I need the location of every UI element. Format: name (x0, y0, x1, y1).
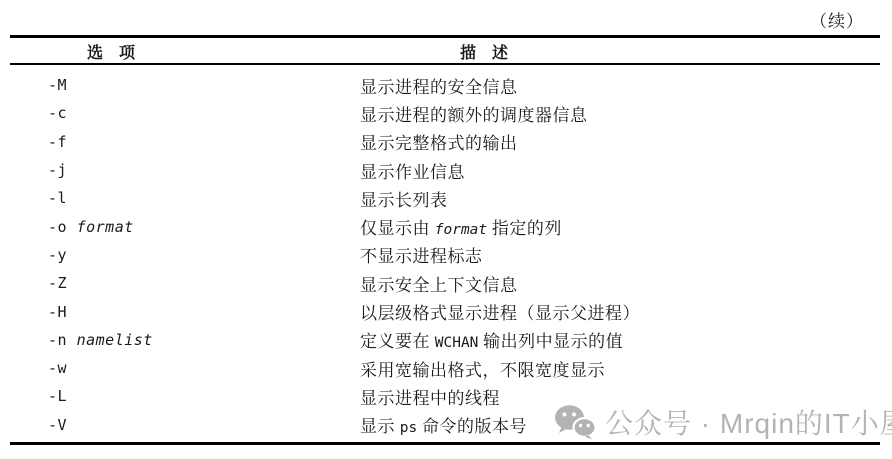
table-row: -H以层级格式显示进程（显示父进程） (10, 297, 880, 325)
description-cell: 仅显示由 format 指定的列 (360, 214, 880, 239)
table-row: -n namelist定义要在 WCHAN 输出列中显示的值 (10, 326, 880, 354)
table-row: -V显示 ps 命令的版本号 (10, 411, 880, 439)
table-row: -w采用宽输出格式，不限宽度显示 (10, 354, 880, 382)
text-segment: 采用宽输出格式，不限宽度显示 (360, 361, 605, 380)
table-row: -y不显示进程标志 (10, 241, 880, 269)
text-segment: 输出列中显示的值 (478, 332, 623, 351)
text-segment-code: WCHAN (435, 335, 479, 351)
table-body: -M显示进程的安全信息-c显示进程的额外的调度器信息-f显示完整格式的输出-j显… (10, 65, 880, 442)
option-cell: -y (10, 246, 360, 264)
description-cell: 显示 ps 命令的版本号 (360, 412, 880, 437)
option-cell: -V (10, 416, 360, 434)
text-segment: 指定的列 (487, 219, 562, 238)
continued-label: （续） (810, 7, 864, 32)
option-cell: -L (10, 387, 360, 405)
text-segment: -V (48, 416, 67, 434)
text-segment: 显示安全上下文信息 (360, 276, 518, 295)
column-header-option: 选 项 (87, 40, 135, 63)
ps-options-table: 选 项 描 述 -M显示进程的安全信息-c显示进程的额外的调度器信息-f显示完整… (10, 35, 880, 445)
text-segment: -f (48, 133, 67, 151)
text-segment: -Z (48, 274, 67, 292)
description-cell: 显示完整格式的输出 (360, 129, 880, 154)
text-segment: 仅显示由 (360, 219, 435, 238)
book-page: （续） 选 项 描 述 -M显示进程的安全信息-c显示进程的额外的调度器信息-f… (0, 0, 892, 459)
table-header-row: 选 项 描 述 (10, 35, 880, 65)
text-segment: 显示作业信息 (360, 163, 465, 182)
text-segment: -H (48, 303, 67, 321)
table-row: -Z显示安全上下文信息 (10, 269, 880, 297)
text-segment: -w (48, 359, 67, 377)
table-row: -l显示长列表 (10, 184, 880, 212)
text-segment: 以层级格式显示进程（显示父进程） (360, 304, 640, 323)
text-segment: 显示 (360, 417, 400, 436)
description-cell: 显示进程中的线程 (360, 384, 880, 409)
text-segment: -l (48, 189, 67, 207)
text-segment: -c (48, 104, 67, 122)
text-segment-arg: format (77, 218, 134, 236)
description-cell: 以层级格式显示进程（显示父进程） (360, 299, 880, 324)
option-cell: -Z (10, 274, 360, 292)
option-cell: -o format (10, 218, 360, 236)
table-row: -f显示完整格式的输出 (10, 128, 880, 156)
text-segment: -L (48, 387, 67, 405)
option-cell: -j (10, 161, 360, 179)
description-cell: 采用宽输出格式，不限宽度显示 (360, 356, 880, 381)
text-segment: -y (48, 246, 67, 264)
text-segment: -M (48, 76, 67, 94)
text-segment: -o (48, 218, 77, 236)
text-segment-arg: namelist (77, 331, 153, 349)
text-segment: 显示进程的额外的调度器信息 (360, 106, 588, 125)
text-segment: -j (48, 161, 67, 179)
table-row: -j显示作业信息 (10, 156, 880, 184)
description-cell: 定义要在 WCHAN 输出列中显示的值 (360, 327, 880, 352)
option-cell: -f (10, 133, 360, 151)
text-segment: 显示进程中的线程 (360, 389, 500, 408)
option-cell: -l (10, 189, 360, 207)
table-row: -o format仅显示由 format 指定的列 (10, 212, 880, 240)
text-segment: 不显示进程标志 (360, 247, 483, 266)
description-cell: 不显示进程标志 (360, 242, 880, 267)
table-row: -L显示进程中的线程 (10, 382, 880, 410)
description-cell: 显示长列表 (360, 186, 880, 211)
description-cell: 显示安全上下文信息 (360, 271, 880, 296)
text-segment: 定义要在 (360, 332, 435, 351)
text-segment: -n (48, 331, 77, 349)
description-cell: 显示作业信息 (360, 158, 880, 183)
option-cell: -c (10, 104, 360, 122)
text-segment: 显示长列表 (360, 191, 448, 210)
option-cell: -M (10, 76, 360, 94)
column-header-description: 描 述 (460, 40, 508, 63)
description-cell: 显示进程的安全信息 (360, 73, 880, 98)
text-segment: 命令的版本号 (417, 417, 527, 436)
option-cell: -w (10, 359, 360, 377)
table-row: -c显示进程的额外的调度器信息 (10, 99, 880, 127)
text-segment-code: ps (400, 420, 417, 436)
text-segment-arg: format (435, 222, 487, 238)
text-segment: 显示进程的安全信息 (360, 78, 518, 97)
option-cell: -n namelist (10, 331, 360, 349)
text-segment: 显示完整格式的输出 (360, 134, 518, 153)
description-cell: 显示进程的额外的调度器信息 (360, 101, 880, 126)
option-cell: -H (10, 303, 360, 321)
table-row: -M显示进程的安全信息 (10, 71, 880, 99)
